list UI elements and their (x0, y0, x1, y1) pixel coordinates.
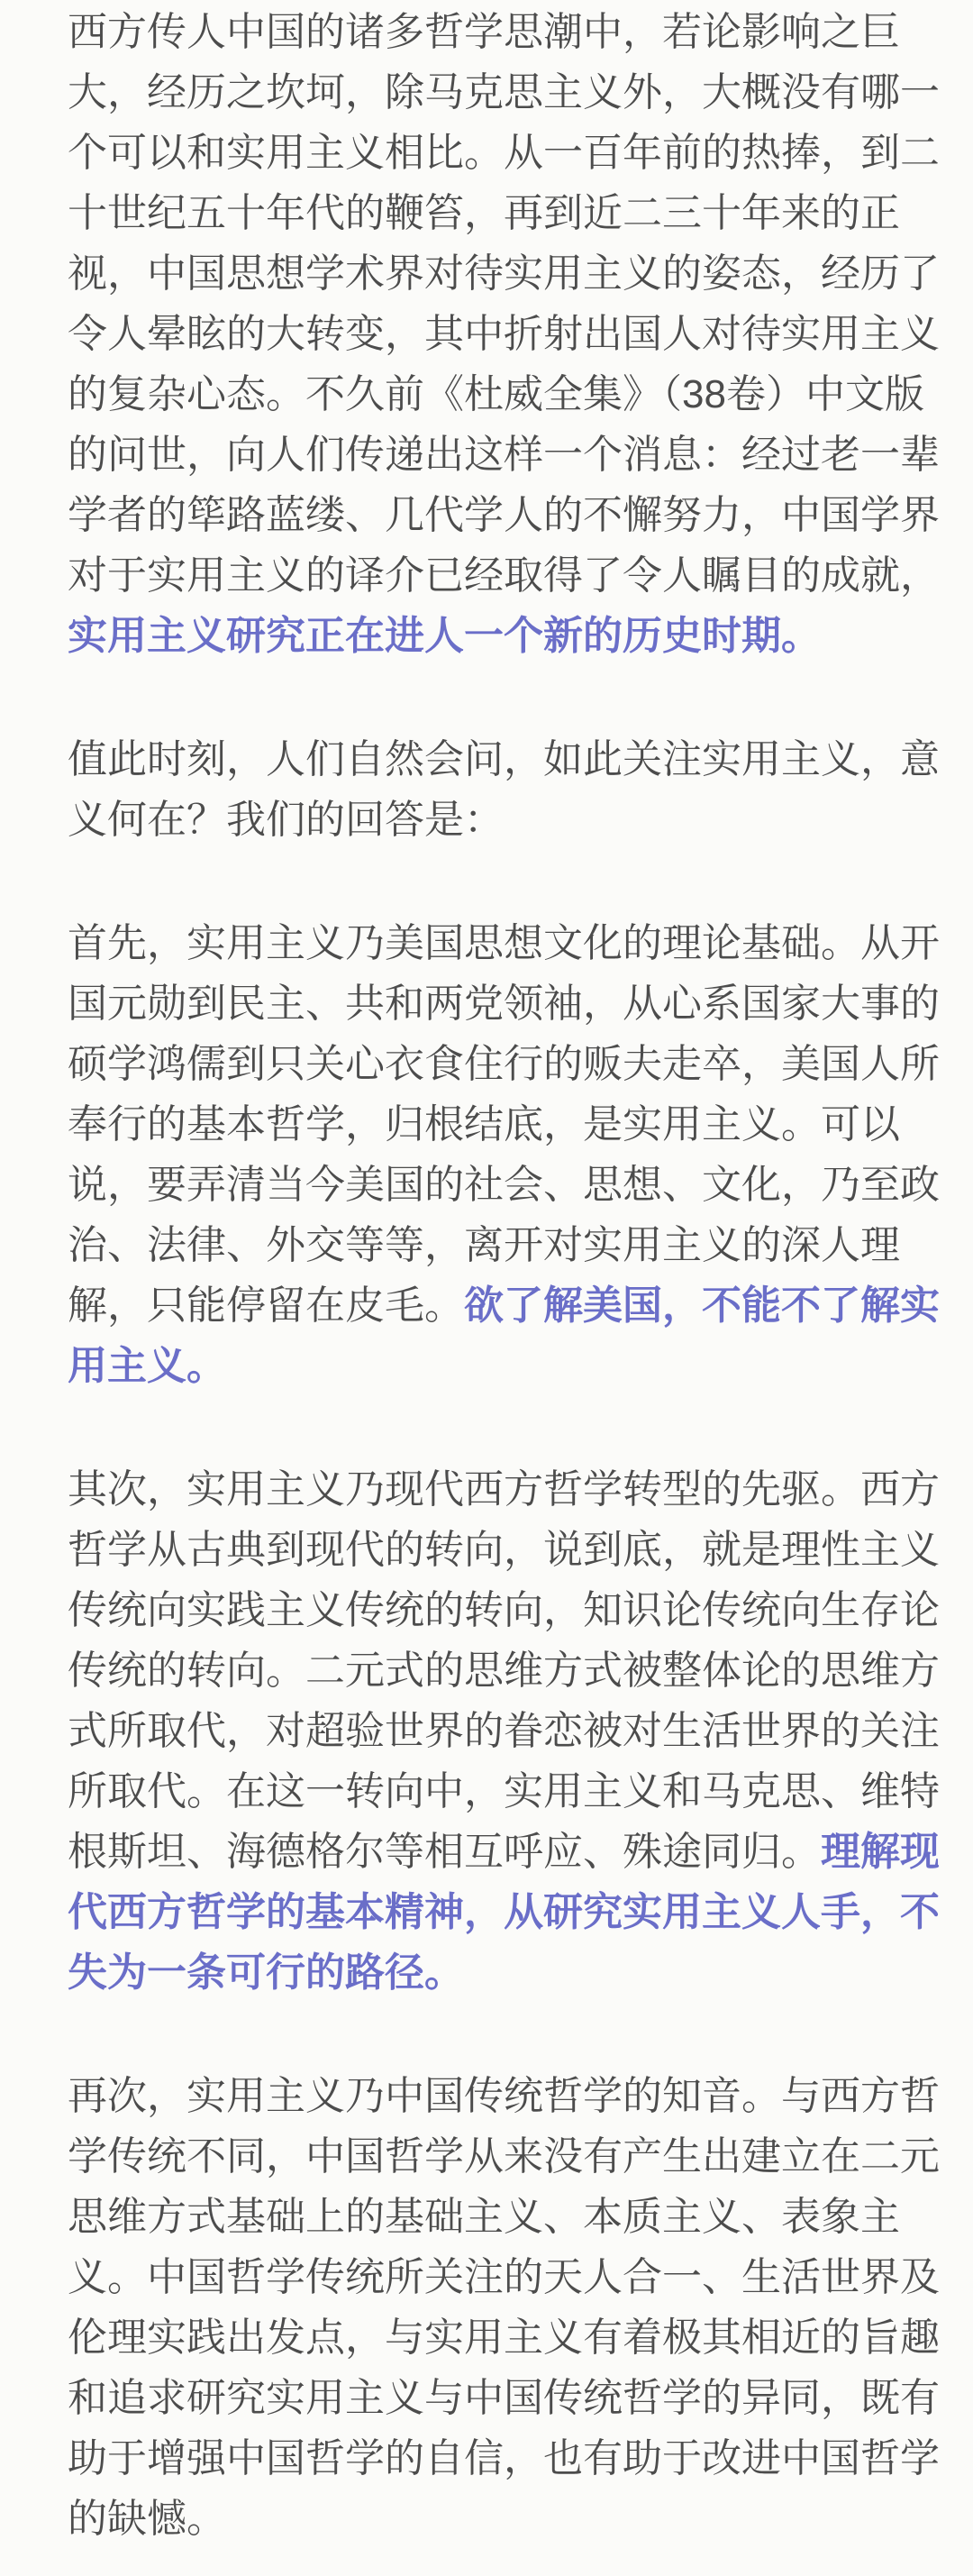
text-line: 解，只能停留在皮毛。欲了解美国，不能不了解实 (68, 1275, 919, 1336)
text-line: 义何在？我们的回答是： (68, 790, 919, 850)
highlighted-text: 理解现 (821, 1830, 940, 1874)
body-text: 学者的筚路蓝缕、几代学人的不懈努力，中国学界 (68, 493, 940, 537)
text-line: 的问世，向人们传递出这样一个消息：经过老一辈 (68, 425, 919, 485)
body-text: 西方传人中国的诸多哲学思潮中，若论影响之巨 (68, 10, 900, 54)
text-line: 治、法律、外交等等，离开对实用主义的深人理 (68, 1215, 919, 1275)
text-line: 助于增强中国哲学的自信，也有助于改进中国哲学 (68, 2428, 919, 2489)
text-line: 思维方式基础上的基础主义、本质主义、表象主 (68, 2187, 919, 2247)
paragraph: 首先，实用主义乃美国思想文化的理论基础。从开国元勋到民主、共和两党领袖，从心系国… (68, 913, 919, 1396)
paragraph: 值此时刻，人们自然会问，如此关注实用主义，意义何在？我们的回答是： (68, 729, 919, 850)
body-text: 传统向实践主义传统的转向，知识论传统向生存论 (68, 1588, 940, 1632)
body-text: 根斯坦、海德格尔等相互呼应、殊途同归。 (68, 1830, 821, 1874)
body-text: 义。中国哲学传统所关注的天人合一、生活世界及 (68, 2255, 940, 2299)
text-line: 式所取代，对超验世界的眷恋被对生活世界的关注 (68, 1701, 919, 1761)
highlighted-text: 欲了解美国，不能不了解实 (464, 1283, 940, 1328)
body-text: 再次，实用主义乃中国传统哲学的知音。与西方哲 (68, 2074, 940, 2118)
body-text: 大，经历之坎坷，除马克思主义外，大概没有哪一 (68, 70, 940, 114)
body-text: 解，只能停留在皮毛。 (68, 1283, 464, 1328)
text-line: 再次，实用主义乃中国传统哲学的知音。与西方哲 (68, 2066, 919, 2126)
body-text: 视，中国思想学术界对待实用主义的姿态，经历了 (68, 251, 940, 296)
text-line: 传统的转向。二元式的思维方式被整体论的思维方 (68, 1640, 919, 1701)
article-page: { "page": { "background_color": "#FBFBF9… (0, 0, 973, 2576)
text-line: 对于实用主义的译介已经取得了令人瞩目的成就， (68, 545, 919, 606)
text-line: 说，要弄清当今美国的社会、思想、文化，乃至政 (68, 1155, 919, 1215)
text-line: 哲学从古典到现代的转向，说到底，就是理性主义 (68, 1520, 919, 1580)
text-line: 硕学鸿儒到只关心衣食住行的贩夫走卒，美国人所 (68, 1034, 919, 1094)
body-text: 首先，实用主义乃美国思想文化的理论基础。从开 (68, 921, 940, 965)
highlighted-text: 用主义。 (68, 1344, 226, 1388)
text-line: 和追求研究实用主义与中国传统哲学的异同，既有 (68, 2368, 919, 2428)
text-line: 所取代。在这一转向中，实用主义和马克思、维特 (68, 1761, 919, 1822)
text-line: 代西方哲学的基本精神，从研究实用主义人手，不 (68, 1882, 919, 1942)
text-line: 首先，实用主义乃美国思想文化的理论基础。从开 (68, 913, 919, 973)
body-text: 说，要弄清当今美国的社会、思想、文化，乃至政 (68, 1163, 940, 1207)
body-text: 哲学从古典到现代的转向，说到底，就是理性主义 (68, 1528, 940, 1572)
body-text: 其次，实用主义乃现代西方哲学转型的先驱。西方 (68, 1467, 940, 1512)
paragraph: 其次，实用主义乃现代西方哲学转型的先驱。西方哲学从古典到现代的转向，说到底，就是… (68, 1459, 919, 2003)
text-line: 十世纪五十年代的鞭笞，再到近二三十年来的正 (68, 183, 919, 243)
body-text: 十世纪五十年代的鞭笞，再到近二三十年来的正 (68, 191, 900, 235)
text-line: 值此时刻，人们自然会问，如此关注实用主义，意 (68, 729, 919, 790)
body-text: 伦理实践出发点，与实用主义有着极其相近的旨趣 (68, 2316, 940, 2360)
text-line: 个可以和实用主义相比。从一百年前的热捧，到二 (68, 123, 919, 183)
text-line: 伦理实践出发点，与实用主义有着极其相近的旨趣 (68, 2307, 919, 2368)
text-line: 西方传人中国的诸多哲学思潮中，若论影响之巨 (68, 2, 919, 62)
text-line: 用主义。 (68, 1336, 919, 1396)
highlighted-text: 实用主义研究正在进人一个新的历史时期。 (68, 614, 821, 658)
text-line: 学传统不同，中国哲学从来没有产生出建立在二元 (68, 2126, 919, 2187)
text-line: 的复杂心态。不久前《杜威全集》（38卷）中文版 (68, 364, 919, 425)
body-text: 的复杂心态。不久前《杜威全集》（38卷）中文版 (68, 372, 924, 416)
text-line: 义。中国哲学传统所关注的天人合一、生活世界及 (68, 2247, 919, 2307)
paragraph: 西方传人中国的诸多哲学思潮中，若论影响之巨大，经历之坎坷，除马克思主义外，大概没… (68, 2, 919, 666)
body-text: 值此时刻，人们自然会问，如此关注实用主义，意 (68, 737, 940, 781)
text-line: 学者的筚路蓝缕、几代学人的不懈努力，中国学界 (68, 485, 919, 545)
text-line: 根斯坦、海德格尔等相互呼应、殊途同归。理解现 (68, 1822, 919, 1882)
body-text: 国元勋到民主、共和两党领袖，从心系国家大事的 (68, 982, 940, 1026)
text-line: 实用主义研究正在进人一个新的历史时期。 (68, 606, 919, 666)
text-line: 大，经历之坎坷，除马克思主义外，大概没有哪一 (68, 62, 919, 123)
text-line: 奉行的基本哲学，归根结底，是实用主义。可以 (68, 1094, 919, 1155)
body-text: 对于实用主义的译介已经取得了令人瞩目的成就， (68, 553, 940, 598)
body-text: 硕学鸿儒到只关心衣食住行的贩夫走卒，美国人所 (68, 1042, 940, 1086)
text-line: 视，中国思想学术界对待实用主义的姿态，经历了 (68, 243, 919, 304)
text-line: 令人晕眩的大转变，其中折射出国人对待实用主义 (68, 304, 919, 364)
text-line: 其次，实用主义乃现代西方哲学转型的先驱。西方 (68, 1459, 919, 1520)
body-text: 的问世，向人们传递出这样一个消息：经过老一辈 (68, 433, 940, 477)
highlighted-text: 代西方哲学的基本精神，从研究实用主义人手，不 (68, 1890, 940, 1934)
body-text: 和追求研究实用主义与中国传统哲学的异同，既有 (68, 2376, 940, 2420)
body-text: 传统的转向。二元式的思维方式被整体论的思维方 (68, 1649, 940, 1693)
body-text: 义何在？我们的回答是： (68, 798, 504, 842)
body-text: 个可以和实用主义相比。从一百年前的热捧，到二 (68, 131, 940, 175)
body-text: 令人晕眩的大转变，其中折射出国人对待实用主义 (68, 312, 940, 356)
article-body: 西方传人中国的诸多哲学思潮中，若论影响之巨大，经历之坎坷，除马克思主义外，大概没… (68, 2, 919, 2549)
body-text: 治、法律、外交等等，离开对实用主义的深人理 (68, 1223, 900, 1267)
text-line: 国元勋到民主、共和两党领袖，从心系国家大事的 (68, 973, 919, 1034)
highlighted-text: 失为一条可行的路径。 (68, 1950, 464, 1995)
body-text: 所取代。在这一转向中，实用主义和马克思、维特 (68, 1769, 940, 1813)
body-text: 助于增强中国哲学的自信，也有助于改进中国哲学 (68, 2436, 940, 2480)
body-text: 思维方式基础上的基础主义、本质主义、表象主 (68, 2195, 900, 2239)
body-text: 学传统不同，中国哲学从来没有产生出建立在二元 (68, 2134, 940, 2179)
body-text: 的缺憾。 (68, 2497, 226, 2541)
body-text: 奉行的基本哲学，归根结底，是实用主义。可以 (68, 1102, 900, 1146)
text-line: 传统向实践主义传统的转向，知识论传统向生存论 (68, 1580, 919, 1640)
paragraph: 再次，实用主义乃中国传统哲学的知音。与西方哲学传统不同，中国哲学从来没有产生出建… (68, 2066, 919, 2549)
body-text: 式所取代，对超验世界的眷恋被对生活世界的关注 (68, 1709, 940, 1753)
text-line: 失为一条可行的路径。 (68, 1942, 919, 2003)
text-line: 的缺憾。 (68, 2489, 919, 2549)
